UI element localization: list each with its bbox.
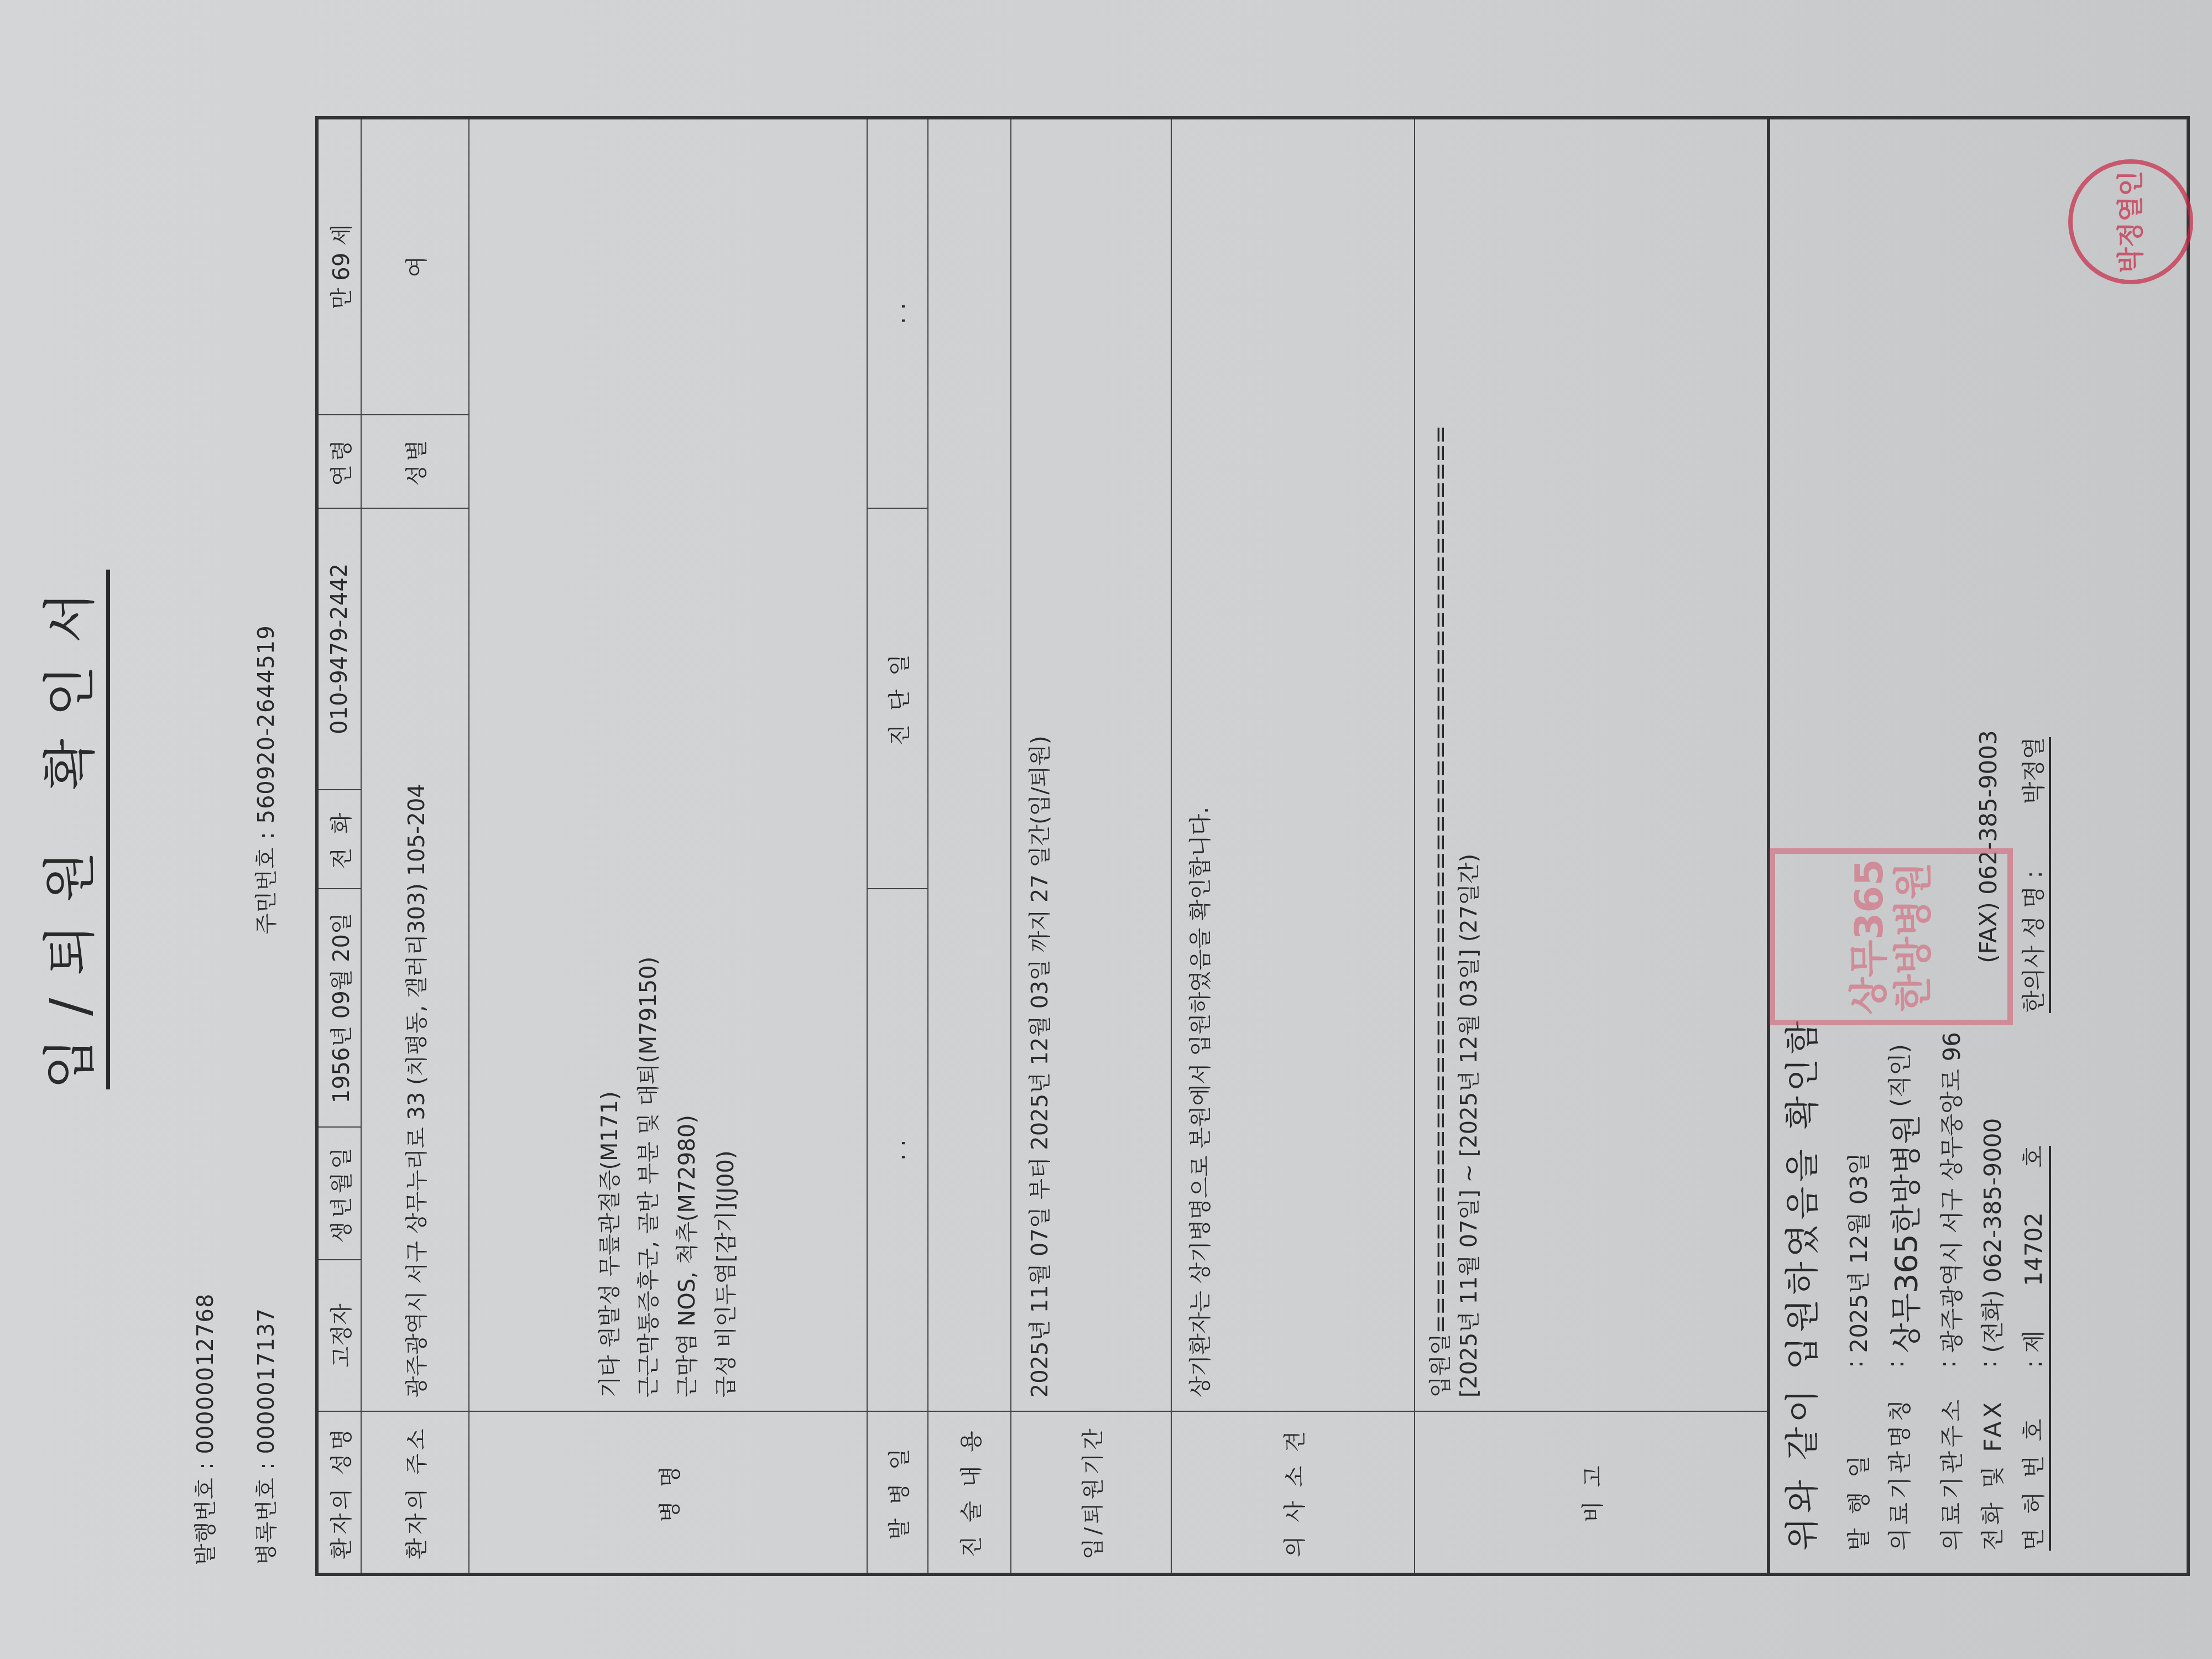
label-period: 입/퇴원기간 xyxy=(1011,1411,1171,1574)
institution-address-row: 의료기관주소: 광주광역시 서구 상무중앙로 96 xyxy=(1934,142,1967,1551)
diagnosis-list: 기타 원발성 무릎관절증(M171) 근근막통증후군, 골반 부분 및 대퇴(M… xyxy=(469,118,867,1411)
patient-age: 만 69 세 xyxy=(317,118,361,415)
label-diagnosis-date: 진 단 일 xyxy=(867,508,928,889)
doctor-seal-stamp: 박정열인 xyxy=(2068,159,2193,284)
label-statement: 진 술 내 용 xyxy=(928,1411,1011,1574)
row-statement: 진 술 내 용 xyxy=(928,118,1011,1574)
institution-name: 상무365한방병원 xyxy=(1882,1114,1926,1353)
document-title: 입/퇴원 확인서 xyxy=(28,28,103,1631)
resident-number: 주민번호 : 560920-2644519 xyxy=(249,625,280,935)
patient-birth: 1956년 09월 20일 xyxy=(317,889,361,1127)
paper-background: 입/퇴원 확인서 발행번호 : 00000012768 병록번호 : 00000… xyxy=(0,0,2212,1659)
diagnosis-item: 급성 비인두염[감기](J00) xyxy=(707,133,745,1397)
issue-number: 발행번호 : 00000012768 xyxy=(188,1293,220,1565)
label-onset: 발 병 일 xyxy=(867,1411,928,1574)
row-remarks: 비 고 입원일=================================… xyxy=(1415,118,1768,1574)
certification-statement: 위와 같이 입원하였음을 확인함 xyxy=(1775,142,1824,1551)
row-patient-address: 환자의 주소 광주광역시 서구 상무누리로 33 (치평동, 갤러리303) 1… xyxy=(361,118,469,1574)
record-number: 병록번호 : 0000017137 xyxy=(249,1308,280,1565)
label-phone: 전 화 xyxy=(317,790,361,889)
row-period: 입/퇴원기간 2025년 11월 07일 부터 2025년 12월 03일 까지… xyxy=(1011,118,1171,1574)
diagnosis-date: . . xyxy=(867,118,928,508)
institution-row: 의료기관명칭: 상무365한방병원 (직인) xyxy=(1882,142,1926,1551)
label-age: 연령 xyxy=(317,415,361,508)
onset-date: . . xyxy=(867,889,928,1411)
patient-name: 고정자 xyxy=(317,1260,361,1411)
label-patient-name: 환자의 성명 xyxy=(317,1411,361,1574)
diagnosis-item: 근근막통증후군, 골반 부분 및 대퇴(M79150) xyxy=(629,133,668,1397)
label-remarks: 비 고 xyxy=(1415,1411,1768,1574)
opinion-value: 상기환자는 상기병명으로 본원에서 입원하였음을 확인합니다. xyxy=(1171,118,1415,1411)
patient-sex: 여 xyxy=(361,118,469,415)
hospital-seal-stamp: 상무365한방병원 xyxy=(1770,848,2013,1025)
row-diagnosis: 병 명 기타 원발성 무릎관절증(M171) 근근막통증후군, 골반 부분 및 … xyxy=(469,118,867,1574)
period-value: 2025년 11월 07일 부터 2025년 12월 03일 까지 27 일간(… xyxy=(1011,118,1171,1411)
label-opinion: 의 사 소 견 xyxy=(1171,1411,1415,1574)
admission-discharge-certificate: 입/퇴원 확인서 발행번호 : 00000012768 병록번호 : 00000… xyxy=(6,28,2206,1631)
row-patient-basic: 환자의 성명 고정자 생년월일 1956년 09월 20일 전 화 010-94… xyxy=(317,118,361,1574)
remarks-line: 입원일=====================================… xyxy=(1426,133,1455,1397)
contact-row: 전화 및 FAX: (전화) 062-385-9000 (FAX) 062-38… xyxy=(1975,142,2008,1551)
remarks-line: [2025년 11월 07일] ~ [2025년 12월 03일] (27일간) xyxy=(1455,133,1484,1397)
remarks-value: 입원일=====================================… xyxy=(1415,118,1768,1411)
diagnosis-item: 기타 원발성 무릎관절증(M171) xyxy=(591,133,629,1397)
patient-address: 광주광역시 서구 상무누리로 33 (치평동, 갤러리303) 105-204 xyxy=(361,508,469,1412)
issue-date-row: 발 행 일: 2025년 12월 03일 xyxy=(1841,142,1874,1551)
patient-phone: 010-9479-2442 xyxy=(317,508,361,790)
license-row: 면 허 번 호: 제 14702 호 한의사 성 명 : 박정열 xyxy=(2016,142,2051,1551)
row-opinion: 의 사 소 견 상기환자는 상기병명으로 본원에서 입원하였음을 확인합니다. xyxy=(1171,118,1415,1574)
label-address: 환자의 주소 xyxy=(361,1411,469,1574)
label-diagnosis: 병 명 xyxy=(469,1411,867,1574)
statement-value xyxy=(928,118,1011,1411)
label-birth: 생년월일 xyxy=(317,1127,361,1260)
row-onset: 발 병 일 . . 진 단 일 . . xyxy=(867,118,928,1574)
doctor-name: 박정열 xyxy=(2020,737,2047,805)
label-sex: 성별 xyxy=(361,415,469,508)
certification-block: 위와 같이 입원하였음을 확인함 발 행 일: 2025년 12월 03일 의료… xyxy=(1759,116,2190,1576)
diagnosis-item: 근막염 NOS, 척추(M72980) xyxy=(668,133,707,1397)
certificate-table: 환자의 성명 고정자 생년월일 1956년 09월 20일 전 화 010-94… xyxy=(315,116,1770,1576)
